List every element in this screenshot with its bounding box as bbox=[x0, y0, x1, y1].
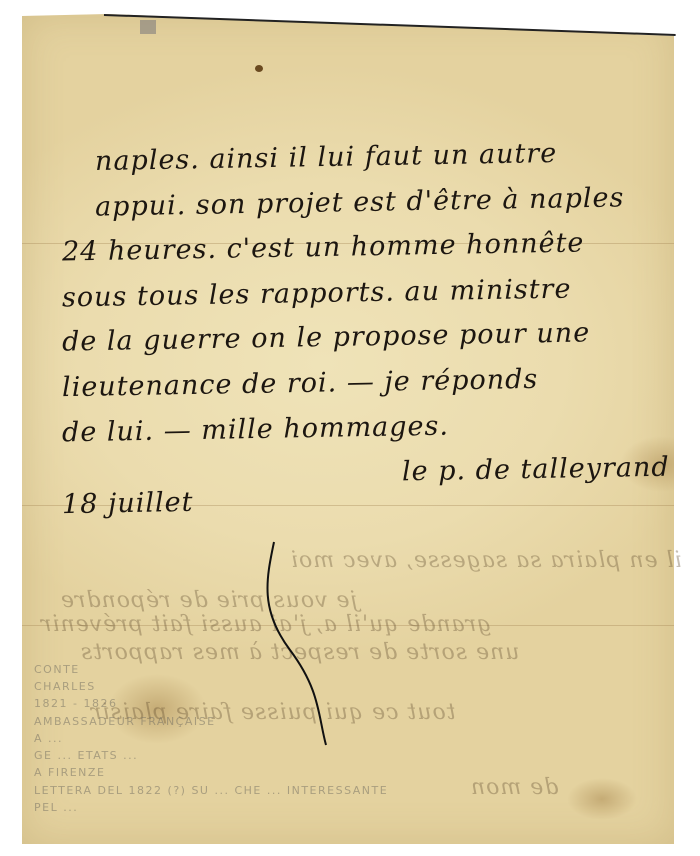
letter-date: 18 juillet bbox=[62, 487, 194, 520]
pencil-note: A ... bbox=[34, 732, 63, 745]
pencil-note: CONTE bbox=[34, 663, 80, 676]
pencil-note: LETTERA DEL 1822 (?) SU ... CHE ... INTE… bbox=[34, 784, 388, 797]
pencil-note: CHARLES bbox=[34, 680, 96, 693]
pencil-note: A FIRENZE bbox=[34, 766, 105, 779]
signature: le p. de talleyrand bbox=[402, 452, 670, 488]
archive-stamp-mark bbox=[140, 20, 156, 34]
ink-spot bbox=[255, 65, 263, 72]
pencil-note: PEL ... bbox=[34, 801, 78, 814]
pencil-note: AMBASSADEUR FRANÇAISE bbox=[34, 715, 216, 728]
pencil-note: GE ... ETATS ... bbox=[34, 749, 138, 762]
bleed-through-line: de mon bbox=[470, 775, 558, 800]
pencil-note: 1821 - 1826 bbox=[34, 697, 117, 710]
ink-flourish bbox=[260, 540, 350, 750]
